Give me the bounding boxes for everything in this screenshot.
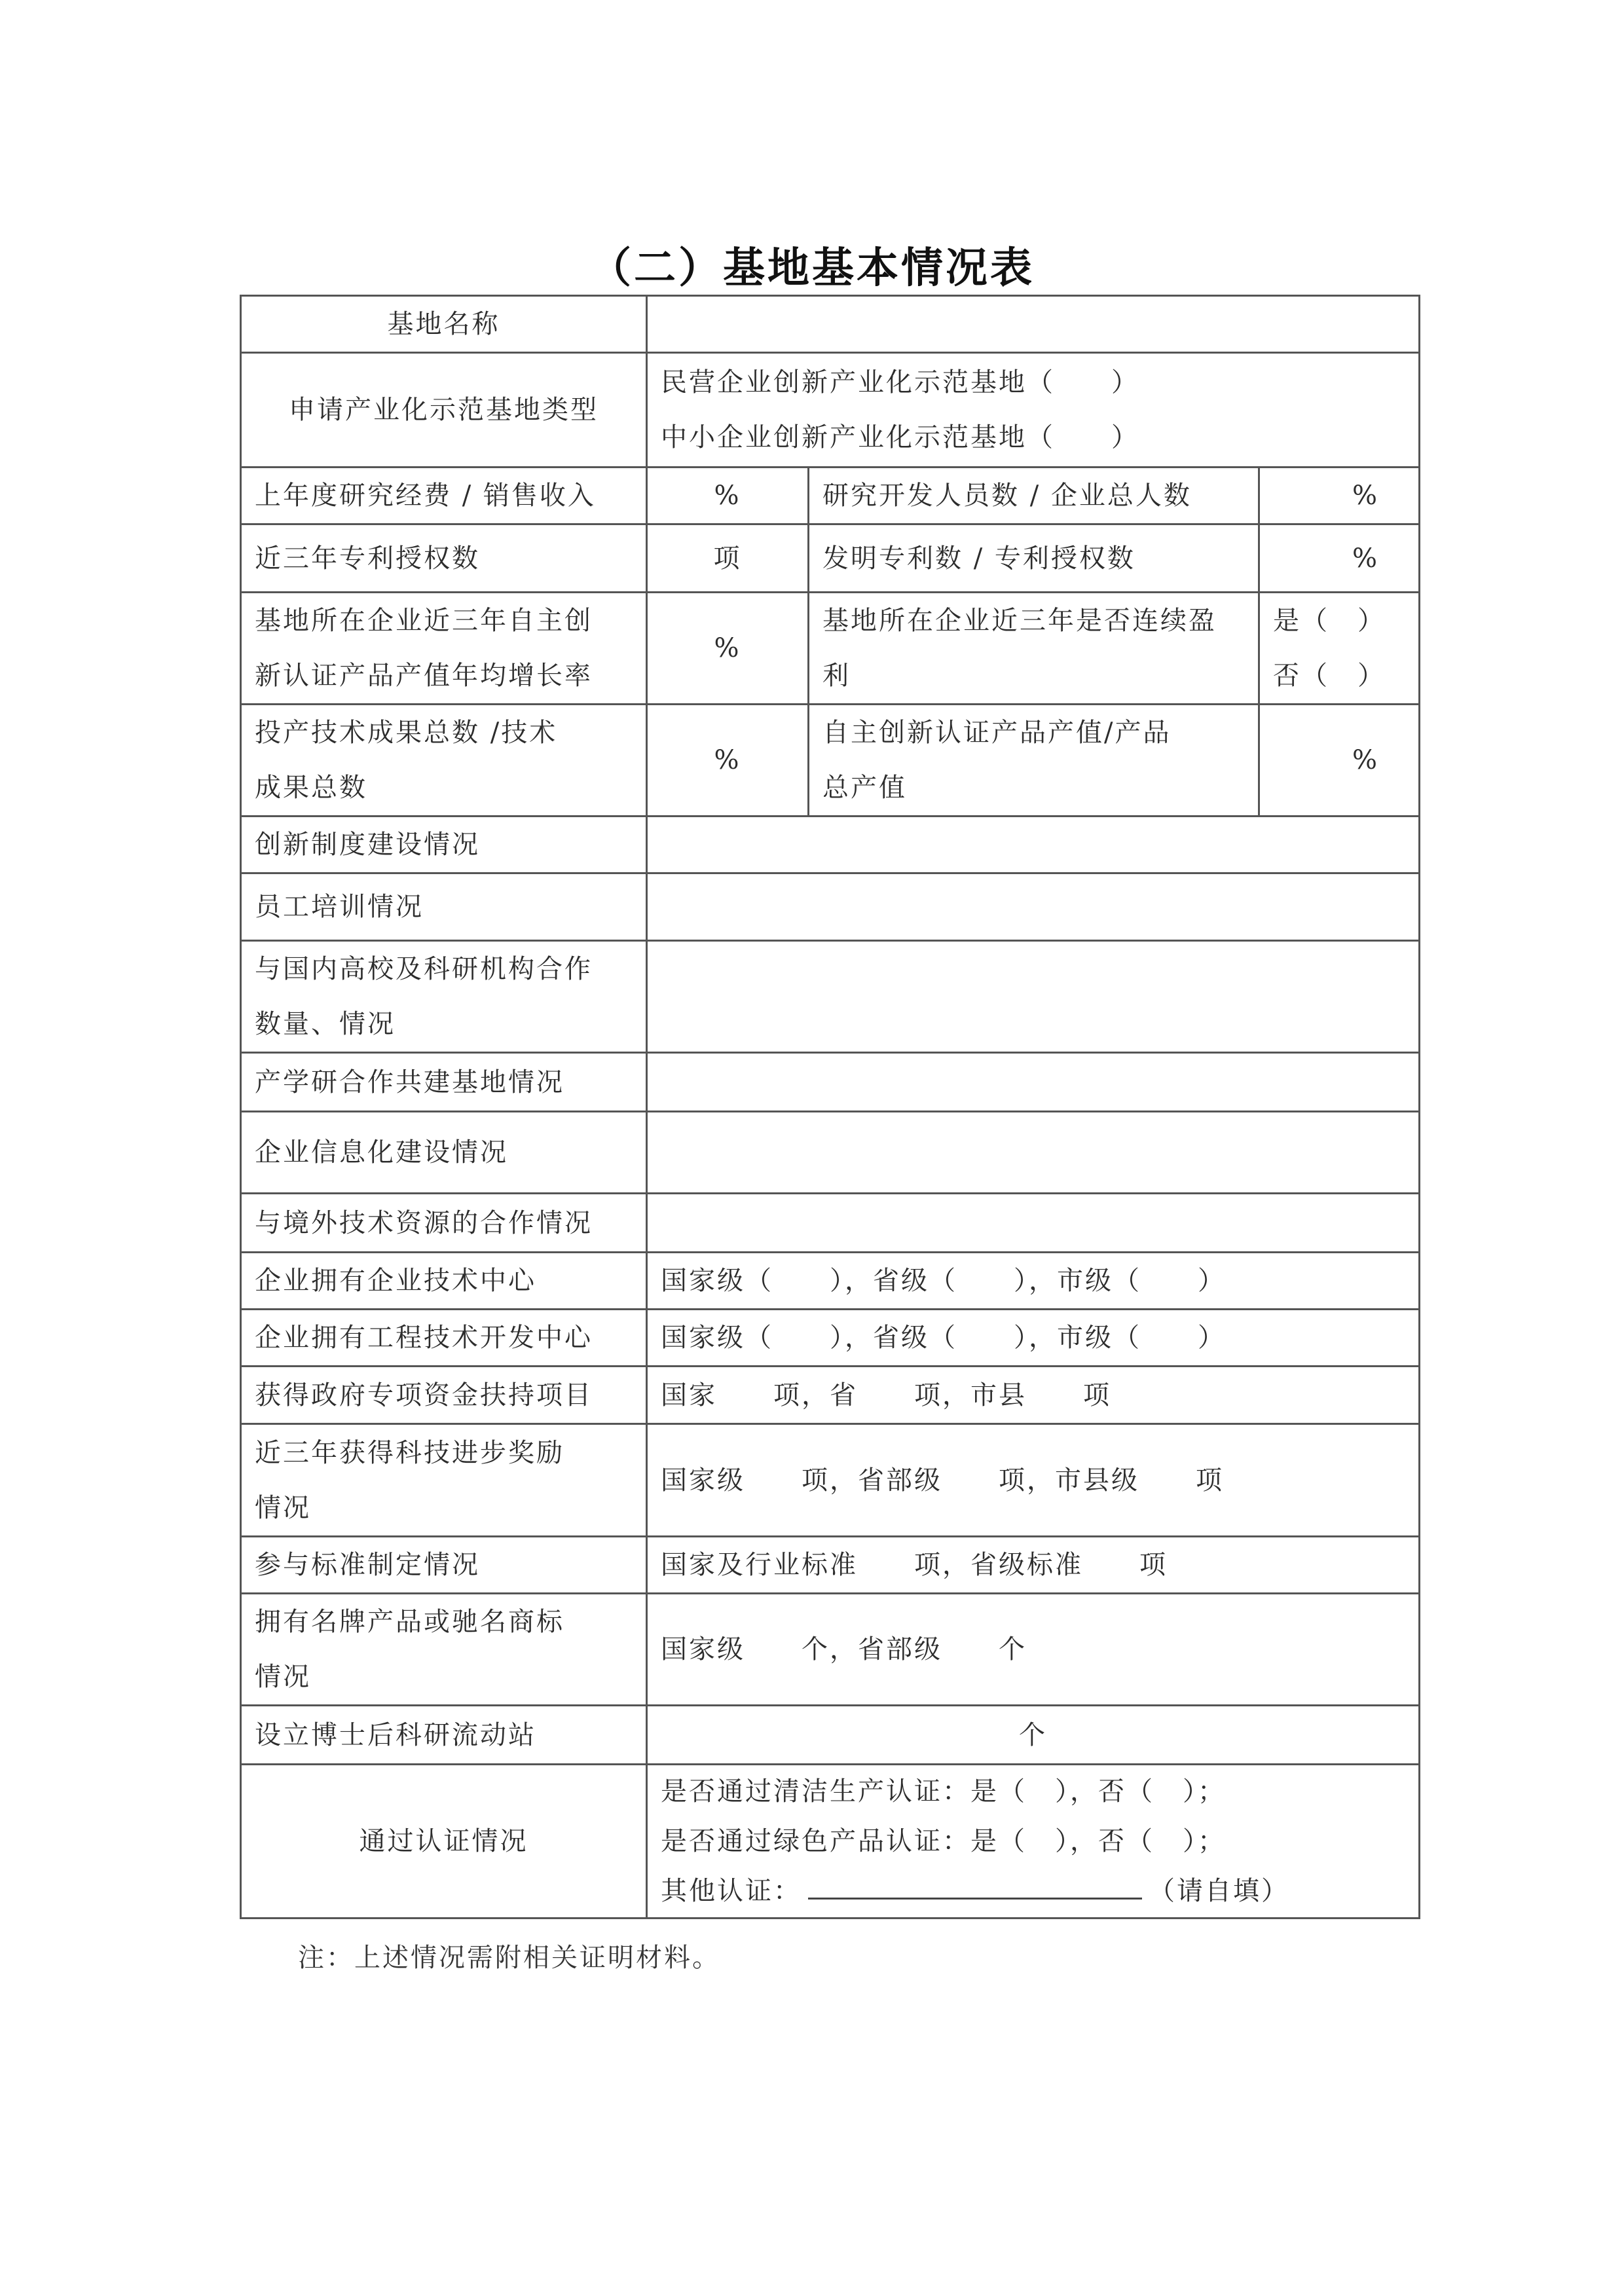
gov-funding-field[interactable]: 国家 项，省 项，市县 项 xyxy=(647,1367,1420,1424)
base-info-table: 基地名称 申请产业化示范基地类型 民营企业创新产业化示范基地（ ） 中小企业创新… xyxy=(240,295,1420,1919)
certified-output-label-line-1: 自主创新认证产品产值/产品 xyxy=(822,705,1258,760)
staff-ratio-label: 研究开发人员数 / 企业总人数 xyxy=(809,468,1259,524)
base-name-label: 基地名称 xyxy=(241,296,647,353)
certified-output-label-line-2: 总产值 xyxy=(822,760,1258,815)
base-name-field[interactable] xyxy=(647,296,1420,353)
standards-label: 参与标准制定情况 xyxy=(241,1537,647,1594)
other-cert-hint: （请自填） xyxy=(1149,1876,1289,1906)
tech-results-label-line-1: 投产技术成果总数 /技术 xyxy=(255,705,646,760)
base-type-options: 民营企业创新产业化示范基地（ ） 中小企业创新产业化示范基地（ ） xyxy=(647,353,1420,468)
sci-tech-awards-field[interactable]: 国家级 项，省部级 项，市县级 项 xyxy=(647,1424,1420,1537)
invention-ratio-field[interactable]: % xyxy=(1259,524,1420,593)
gov-funding-label: 获得政府专项资金扶持项目 xyxy=(241,1367,647,1424)
postdoc-station-label: 设立博士后科研流动站 xyxy=(241,1706,647,1765)
tech-results-label: 投产技术成果总数 /技术 成果总数 xyxy=(241,705,647,817)
profit-label-line-2: 利 xyxy=(822,648,1258,703)
growth-label-line-1: 基地所在企业近三年自主创 xyxy=(255,593,646,648)
tech-center-field[interactable]: 国家级（ ），省级（ ），市级（ ） xyxy=(647,1253,1420,1310)
certification-options: 是否通过清洁生产认证：是（ ），否（ ）； 是否通过绿色产品认证：是（ ），否（… xyxy=(647,1765,1420,1919)
staff-training-field[interactable] xyxy=(647,873,1420,941)
brands-label-line-2: 情况 xyxy=(255,1649,646,1704)
green-product-cert[interactable]: 是否通过绿色产品认证：是（ ），否（ ）； xyxy=(661,1816,1418,1866)
university-cooperation-label-line-1: 与国内高校及科研机构合作 xyxy=(255,942,646,997)
other-cert-row: 其他认证：（请自填） xyxy=(661,1866,1418,1916)
innovation-system-field[interactable] xyxy=(647,817,1420,873)
profit-yes-option[interactable]: 是（ ） xyxy=(1273,593,1418,648)
staff-ratio-field[interactable]: % xyxy=(1259,468,1420,524)
base-type-option-sme[interactable]: 中小企业创新产业化示范基地（ ） xyxy=(661,410,1418,465)
profit-label-line-1: 基地所在企业近三年是否连续盈 xyxy=(822,593,1258,648)
certified-output-label: 自主创新认证产品产值/产品 总产值 xyxy=(809,705,1259,817)
certification-label: 通过认证情况 xyxy=(241,1765,647,1919)
brands-field[interactable]: 国家级 个，省部级 个 xyxy=(647,1594,1420,1706)
invention-ratio-label: 发明专利数 / 专利授权数 xyxy=(809,524,1259,593)
other-cert-input[interactable] xyxy=(808,1878,1142,1900)
base-type-option-private[interactable]: 民营企业创新产业化示范基地（ ） xyxy=(661,355,1418,410)
brands-label: 拥有名牌产品或驰名商标 情况 xyxy=(241,1594,647,1706)
joint-base-label: 产学研合作共建基地情况 xyxy=(241,1053,647,1112)
sci-tech-awards-label: 近三年获得科技进步奖励 情况 xyxy=(241,1424,647,1537)
patents-label: 近三年专利授权数 xyxy=(241,524,647,593)
other-cert-label: 其他认证： xyxy=(661,1876,802,1906)
profit-no-option[interactable]: 否（ ） xyxy=(1273,648,1418,703)
profit-choice: 是（ ） 否（ ） xyxy=(1259,593,1420,705)
innovation-system-label: 创新制度建设情况 xyxy=(241,817,647,873)
tech-center-label: 企业拥有企业技术中心 xyxy=(241,1253,647,1310)
page-title: （二）基地基本情况表 xyxy=(0,234,1624,295)
growth-label-line-2: 新认证产品产值年均增长率 xyxy=(255,648,646,703)
university-cooperation-field[interactable] xyxy=(647,941,1420,1053)
patents-field[interactable]: 项 xyxy=(647,524,809,593)
brands-label-line-1: 拥有名牌产品或驰名商标 xyxy=(255,1594,646,1649)
foreign-cooperation-label: 与境外技术资源的合作情况 xyxy=(241,1194,647,1253)
joint-base-field[interactable] xyxy=(647,1053,1420,1112)
tech-results-label-line-2: 成果总数 xyxy=(255,760,646,815)
postdoc-station-field[interactable]: 个 xyxy=(647,1706,1420,1765)
standards-field[interactable]: 国家及行业标准 项，省级标准 项 xyxy=(647,1537,1420,1594)
base-type-label: 申请产业化示范基地类型 xyxy=(241,353,647,468)
tech-results-field[interactable]: % xyxy=(647,705,809,817)
footnote: 注：上述情况需附相关证明材料。 xyxy=(298,1937,720,1974)
informatization-field[interactable] xyxy=(647,1112,1420,1194)
clean-production-cert[interactable]: 是否通过清洁生产认证：是（ ），否（ ）； xyxy=(661,1767,1418,1816)
foreign-cooperation-field[interactable] xyxy=(647,1194,1420,1253)
profit-label: 基地所在企业近三年是否连续盈 利 xyxy=(809,593,1259,705)
engineering-center-field[interactable]: 国家级（ ），省级（ ），市级（ ） xyxy=(647,1310,1420,1367)
certified-output-field[interactable]: % xyxy=(1259,705,1420,817)
rd-ratio-label: 上年度研究经费 / 销售收入 xyxy=(241,468,647,524)
university-cooperation-label-line-2: 数量、情况 xyxy=(255,997,646,1052)
sci-tech-awards-label-line-1: 近三年获得科技进步奖励 xyxy=(255,1425,646,1480)
engineering-center-label: 企业拥有工程技术开发中心 xyxy=(241,1310,647,1367)
growth-label: 基地所在企业近三年自主创 新认证产品产值年均增长率 xyxy=(241,593,647,705)
growth-field[interactable]: % xyxy=(647,593,809,705)
sci-tech-awards-label-line-2: 情况 xyxy=(255,1480,646,1535)
university-cooperation-label: 与国内高校及科研机构合作 数量、情况 xyxy=(241,941,647,1053)
informatization-label: 企业信息化建设情况 xyxy=(241,1112,647,1194)
rd-ratio-field[interactable]: % xyxy=(647,468,809,524)
staff-training-label: 员工培训情况 xyxy=(241,873,647,941)
